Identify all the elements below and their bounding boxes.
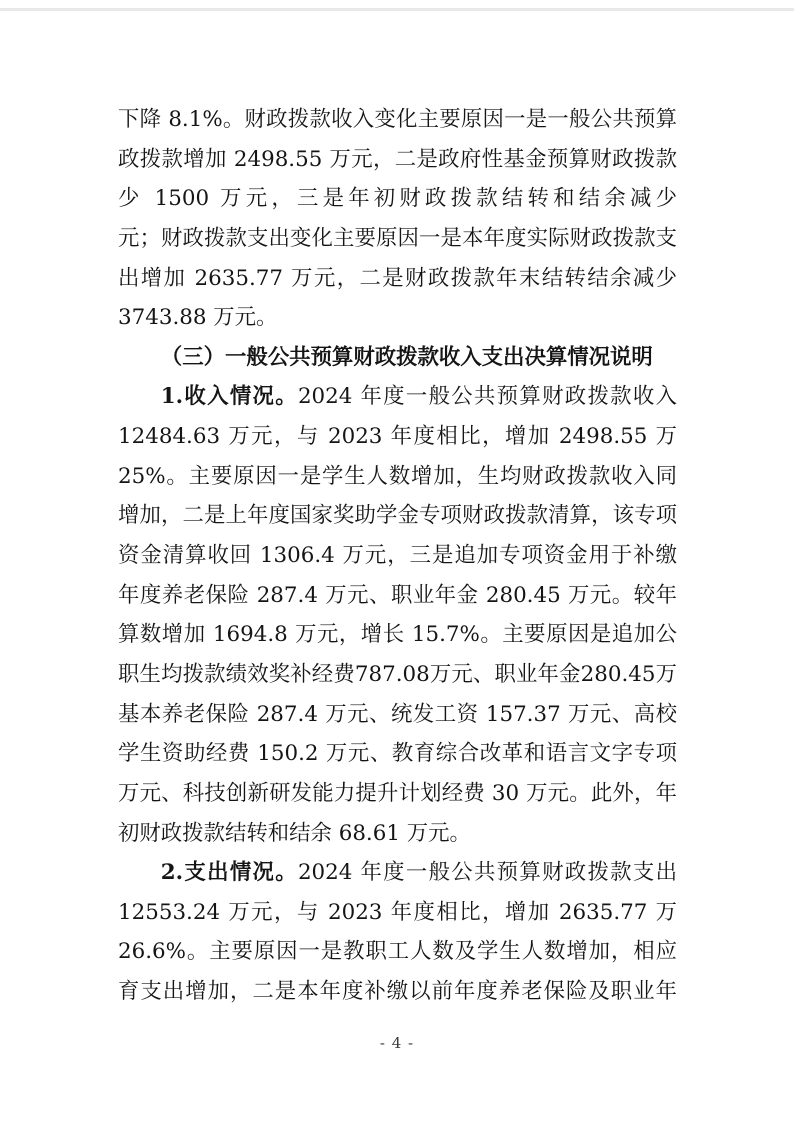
text-line: 3743.88 万元。: [118, 298, 677, 338]
document-body: 下降 8.1%。财政拨款收入变化主要原因一是一般公共预算财 政拨款增加 2498…: [118, 100, 677, 1012]
text-line: 增加，二是上年度国家奖助学金专项财政拨款清算，该专项: [118, 496, 677, 536]
text-line: 出增加 2635.77 万元，二是财政拨款年末结转结余减少: [118, 259, 677, 299]
text-line: 26.6%。主要原因一是教职工人数及学生人数增加，相应教: [118, 932, 677, 972]
text-line: 初财政拨款结转和结余 68.61 万元。: [118, 814, 677, 854]
paragraph-start-line: 2.支出情况。2024 年度一般公共预算财政拨款支出: [118, 853, 677, 893]
text-line: 学生资助经费 150.2 万元、教育综合改革和语言文字专项 2.3: [118, 734, 677, 774]
text-line: 育支出增加，二是本年度补缴以前年度养老保险及职业年金，: [118, 972, 677, 1012]
text-line: 年度养老保险 287.4 万元、职业年金 280.45 万元。较年初预: [118, 576, 677, 616]
page-number: - 4 -: [0, 1033, 794, 1053]
section-heading: （三）一般公共预算财政拨款收入支出决算情况说明: [118, 338, 677, 378]
bold-lead-in: 1.收入情况。: [161, 384, 298, 409]
text-line: 12553.24 万元，与 2023 年度相比，增加 2635.77 万元，增长: [118, 893, 677, 933]
bold-lead-in: 2.支出情况。: [161, 860, 298, 885]
text-line: 25%。主要原因一是学生人数增加，生均财政拨款收入同比: [118, 457, 677, 497]
text-line: 政拨款增加 2498.55 万元，二是政府性基金预算财政拨款减: [118, 140, 677, 180]
text-line: 算数增加 1694.8 万元，增长 15.7%。主要原因是追加公办高: [118, 615, 677, 655]
text-line: 基本养老保险 287.4 万元、统发工资 157.37 万元、高校各级: [118, 695, 677, 735]
text-line: 少 1500 万元，三是年初财政拨款结转和结余减少 2106.66 万: [118, 179, 677, 219]
text-line: 下降 8.1%。财政拨款收入变化主要原因一是一般公共预算财: [118, 100, 677, 140]
text-line: 职生均拨款绩效奖补经费787.08万元、职业年金280.45万元、: [118, 655, 677, 695]
paragraph-start-line: 1.收入情况。2024 年度一般公共预算财政拨款收入: [118, 377, 677, 417]
document-page: 下降 8.1%。财政拨款收入变化主要原因一是一般公共预算财 政拨款增加 2498…: [0, 0, 794, 1122]
text-line: 12484.63 万元，与 2023 年度相比，增加 2498.55 万元，增长: [118, 417, 677, 457]
scan-artifact-line: [0, 8, 794, 11]
text-line: 元；财政拨款支出变化主要原因一是本年度实际财政拨款支: [118, 219, 677, 259]
text-line: 资金清算收回 1306.4 万元，三是追加专项资金用于补缴以前: [118, 536, 677, 576]
text-line: 万元、科技创新研发能力提升计划经费 30 万元。此外，年: [118, 774, 677, 814]
